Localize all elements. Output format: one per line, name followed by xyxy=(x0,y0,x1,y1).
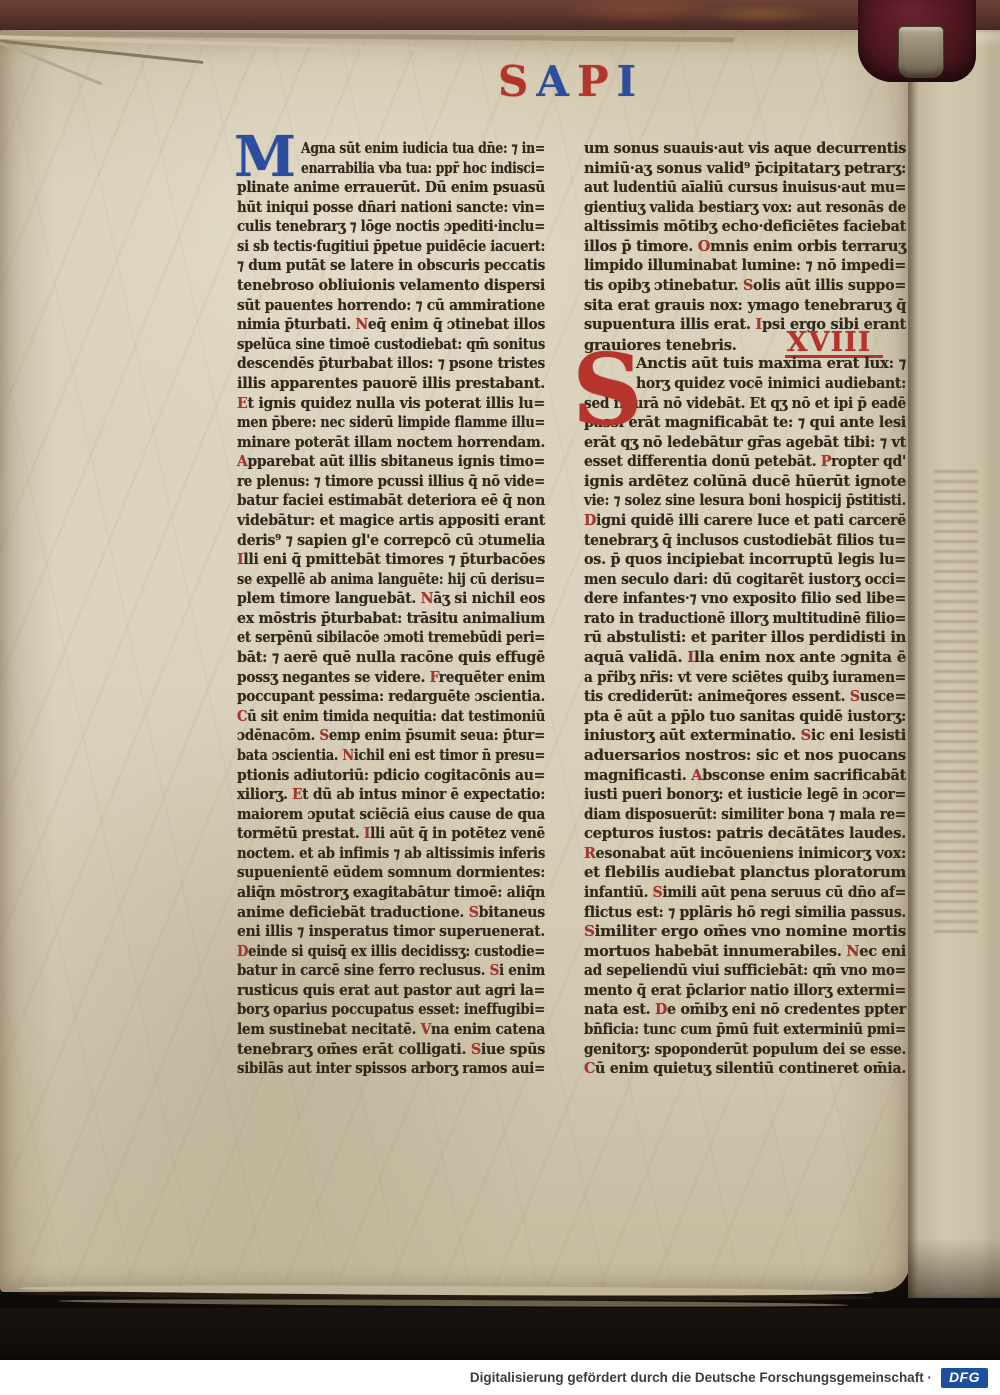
manuscript-text-line: tenebrarʒ om̄es erāt colligati. Siue spū… xyxy=(237,1040,545,1060)
show-through-text-marks xyxy=(934,470,978,940)
page-bottom-edge xyxy=(58,1298,848,1308)
manuscript-text-line: ⁊ dum putāt se latere in obscuris peccat… xyxy=(237,256,545,276)
manuscript-text-line: noctem. et ab infimis ⁊ ab altissimis in… xyxy=(237,844,545,864)
manuscript-text-line: xiliorʒ. Et dū ab intus minor ē expectat… xyxy=(237,785,545,805)
manuscript-text-line: spelūca sine timoē custodiebat: qm̄ soni… xyxy=(237,335,545,355)
text-column-right: S um sonus suauis·aut vis aque decurrent… xyxy=(584,139,906,1079)
parchment-page: SAPI M Agna sūt enim iudicia tua dn̄e: ⁊… xyxy=(0,30,910,1292)
manuscript-text-line: men seculo dari: dū cogitarēt iustorʒ oc… xyxy=(584,570,906,590)
scan-footer-bar: Digitalisierung gefördert durch die Deut… xyxy=(0,1360,1000,1395)
manuscript-text-line: borʒ oparius poccupatus esset: ineffugib… xyxy=(237,1000,545,1020)
manuscript-text-line: tenebroso obliuionis velamento dispersi xyxy=(237,276,545,296)
manuscript-text-line: deris⁹ ⁊ sapien gl'e correpcō cū ɔtumeli… xyxy=(237,531,545,551)
manuscript-text-line: sibilās aut inter spissos arborʒ ramos a… xyxy=(237,1059,545,1079)
next-page-fore-edge xyxy=(908,30,1000,1298)
manuscript-text-line: nimiū·aʒ sonus valid⁹ p̄cipitatarʒ petra… xyxy=(584,159,906,179)
header-letter: A xyxy=(536,60,570,104)
manuscript-text-line: lem sustinebat necitatē. Vna enim catena xyxy=(237,1020,545,1040)
manuscript-text-line: gientiuʒ valida bestiarʒ vox: aut resonā… xyxy=(584,198,906,218)
running-header-sapi: SAPI xyxy=(498,60,637,104)
illuminated-initial-M: M xyxy=(234,132,294,182)
manuscript-text-line: iniustorʒ aūt exterminatio. Sic eni lesi… xyxy=(584,726,906,746)
manuscript-text-line: a pr̄ibʒ nr̄is: vt vere sciētes quibʒ iu… xyxy=(584,668,906,688)
manuscript-text-line: Cū sit enim timida nequitia: dat testimo… xyxy=(237,707,545,727)
manuscript-text-line: aquā validā. Illa enim nox ante ɔgnita ē xyxy=(584,648,906,668)
manuscript-text-line: se expellē ab anima languēte: hij cū der… xyxy=(237,570,545,590)
manuscript-text-line: Resonabat aūt incōueniens inimicorʒ vox: xyxy=(584,844,906,864)
manuscript-text-line: ignis ardētez colūnā ducē hūerūt ignote xyxy=(584,472,906,492)
header-letter: P xyxy=(577,60,610,104)
manuscript-text-line: tis opibʒ ɔtinebatur. Solis aūt illis su… xyxy=(584,276,906,296)
manuscript-text-line: descendēs p̄turbabat illos: ⁊ psone tris… xyxy=(237,354,545,374)
manuscript-text-line: plem timore languebāt. Nāʒ si nichil eos xyxy=(237,589,545,609)
manuscript-text-line: supuenientē eūdem somnum dormientes: xyxy=(237,863,545,883)
manuscript-text-line: minare poterāt illam noctem horrendam. xyxy=(237,433,545,453)
manuscript-text-line: ɔdēnacōm. Semp enim p̄sumit seua: p̄tur= xyxy=(237,726,545,746)
manuscript-text-line: ptionis adiutoriū: pdicio cogitacōnis au… xyxy=(237,766,545,786)
manuscript-text-line: tis crediderūt: animeq̄ores essent. Susc… xyxy=(584,687,906,707)
manuscript-text-line: Apparebat aūt illis sbitaneus ignis timo… xyxy=(237,452,545,472)
manuscript-text-line: sūt pauentes horrendo: ⁊ cū ammiratione xyxy=(237,296,545,316)
header-letter: I xyxy=(617,60,638,104)
manuscript-text-line: vie: ⁊ solez sine lesura boni hospicij p… xyxy=(584,491,906,511)
manuscript-text-line: aut ludentiū aīaliū cursus inuisus·aut m… xyxy=(584,178,906,198)
manuscript-text-line: et serpēnū sibilacōe ɔmoti tremebūdi per… xyxy=(237,628,545,648)
manuscript-text-line: rusticus quis erat aut pastor aut agri l… xyxy=(237,981,545,1001)
manuscript-text-line: Digni quidē illi carere luce et pati car… xyxy=(584,511,906,531)
manuscript-text-line: bata ɔscientia. Nichil eni est timor n̄ … xyxy=(237,746,545,766)
manuscript-text-line: re plenus: ⁊ timore pcussi illius q̄ nō … xyxy=(237,472,545,492)
manuscript-text-line: batur in carcē sine ferro reclusus. Si e… xyxy=(237,961,545,981)
manuscript-text-line: illis apparentes pauorē illis prestabant… xyxy=(237,374,545,394)
manuscript-text-line: genitorʒ: spoponderūt populum dei se ess… xyxy=(584,1040,906,1060)
illuminated-initial-S: S xyxy=(572,349,634,433)
manuscript-text-line: um sonus suauis·aut vis aque decurrentis xyxy=(584,139,906,159)
manuscript-text-line: mortuos habebāt innumerabiles. Nec eni xyxy=(584,942,906,962)
manuscript-text-line: infantiū. Simili aūt pena seruus cū dn̄o… xyxy=(584,883,906,903)
manuscript-text-line: bn̄ficia: tunc cum p̄mū fuit exterminiū … xyxy=(584,1020,906,1040)
manuscript-text-line: Illi eni q̄ pmittebāt timores ⁊ p̄turbac… xyxy=(237,550,545,570)
manuscript-text-line: si sb tectis·fugitiui p̄petue puidēcie i… xyxy=(237,237,545,257)
digitization-credit-text: Digitalisierung gefördert durch die Deut… xyxy=(470,1370,932,1385)
digitized-manuscript-scan: { "running_header": { "word": "SAPI", "l… xyxy=(0,0,1000,1395)
manuscript-text-line: sita erat grauis nox: ymago tenebraruʒ q… xyxy=(584,296,906,316)
manuscript-text-line: possʒ negantes se videre. Frequēter enim xyxy=(237,668,545,688)
manuscript-text-line: Deinde si quisq̄ ex illis decidissʒ: cus… xyxy=(237,942,545,962)
manuscript-text-line: iusti pueri bonorʒ: et iusticie legē in … xyxy=(584,785,906,805)
manuscript-text-line: limpido illuminabat lumine: ⁊ nō impedi= xyxy=(584,256,906,276)
header-letter: S xyxy=(498,60,529,104)
manuscript-text-line: pta ē aūt a pp̄lo tuo sanitas quidē iust… xyxy=(584,707,906,727)
text-column-left: M Agna sūt enim iudicia tua dn̄e: ⁊ in=e… xyxy=(237,139,545,1079)
manuscript-text-line: ex mōstris p̄turbabat: trāsitu animalium xyxy=(237,609,545,629)
manuscript-text-line: men p̄bere: nec siderū limpide flamme il… xyxy=(237,413,545,433)
manuscript-text-line: dere infantes·⁊ vno exposito filio sed l… xyxy=(584,589,906,609)
book-bottom-shadow xyxy=(0,1308,1000,1360)
manuscript-text-line: videbātur: et magice artis appositi eran… xyxy=(237,511,545,531)
manuscript-lines-right-ch18: Anctis aūt tuis maxima erat lux: ⁊horʒ q… xyxy=(584,354,906,1078)
manuscript-text-line: Cū enim quietuʒ silentiū contineret om̄i… xyxy=(584,1059,906,1079)
manuscript-text-line: et flebilis audiebat planctus ploratorum xyxy=(584,863,906,883)
dfg-logo: DFG xyxy=(941,1368,988,1388)
manuscript-text-line: bāt: ⁊ aerē quē nulla racōne quis effugē xyxy=(237,648,545,668)
manuscript-text-line: rū abstulisti: et pariter illos perdidis… xyxy=(584,628,906,648)
manuscript-text-line: flictus est: ⁊ pplāris hō regi similia p… xyxy=(584,903,906,923)
manuscript-text-line: diam disposuerūt: similiter bona ⁊ mala … xyxy=(584,805,906,825)
manuscript-lines-left: Agna sūt enim iudicia tua dn̄e: ⁊ in=ena… xyxy=(237,139,545,1079)
manuscript-text-line: altissimis mōtibʒ echo·deficiētes facieb… xyxy=(584,217,906,237)
manuscript-text-line: mento q̄ erat p̄clarior natio illorʒ ext… xyxy=(584,981,906,1001)
manuscript-lines-right-ch17: um sonus suauis·aut vis aque decurrentis… xyxy=(584,139,906,335)
manuscript-text-line: cepturos iustos: patris decātātes laudes… xyxy=(584,824,906,844)
manuscript-text-line: tormētū prestat. Illi aūt q̄ in potētez … xyxy=(237,824,545,844)
manuscript-text-line: aliq̄n mōstrorʒ exagitabātur timoē: aliq… xyxy=(237,883,545,903)
manuscript-text-line: tenebrarʒ q̄ inclusos custodiebāt filios… xyxy=(584,531,906,551)
manuscript-text-line: rato in traductionē illorʒ multitudinē f… xyxy=(584,609,906,629)
manuscript-text-line: culis tenebrarʒ ⁊ lōge noctis ɔpediti·in… xyxy=(237,217,545,237)
manuscript-text-line: nimia p̄turbati. Neq̄ enim q̄ ɔtinebat i… xyxy=(237,315,545,335)
manuscript-text-line: os. p̄ quos incipiebat incorruptū legis … xyxy=(584,550,906,570)
manuscript-text-line: eni illis ⁊ insperatus timor superuenera… xyxy=(237,922,545,942)
manuscript-text-line: poccupant pessima: redarguēte ɔscientia. xyxy=(237,687,545,707)
manuscript-text-line: illos p̄ timore. Omnis enim orbis terrar… xyxy=(584,237,906,257)
manuscript-text-line: nata est. De om̄ibʒ eni nō credentes ppt… xyxy=(584,1000,906,1020)
manuscript-text-line: batur faciei estimabāt deteriora eē q̄ n… xyxy=(237,491,545,511)
manuscript-text-line: Et ignis quidez nulla vis poterat illis … xyxy=(237,394,545,414)
manuscript-text-line: ad sepeliendū viui sufficiebāt: qm̄ vno … xyxy=(584,961,906,981)
manuscript-text-line: anime deficiebāt traductione. Sbitaneus xyxy=(237,903,545,923)
manuscript-text-line: Similiter ergo om̄es vno nomine mortis xyxy=(584,922,906,942)
manuscript-text-line: magnificasti. Absconse enim sacrificabāt xyxy=(584,766,906,786)
manuscript-text-line: hūt iniqui posse dn̄ari nationi sancte: … xyxy=(237,198,545,218)
manuscript-text-line: esset differentia donū petebāt. Propter … xyxy=(584,452,906,472)
manuscript-text-line: maiorem ɔputat sciēciā eius cause de qua xyxy=(237,805,545,825)
manuscript-text-line: aduersarios nostros: sic et nos puocans xyxy=(584,746,906,766)
book-clasp-icon xyxy=(898,26,944,78)
